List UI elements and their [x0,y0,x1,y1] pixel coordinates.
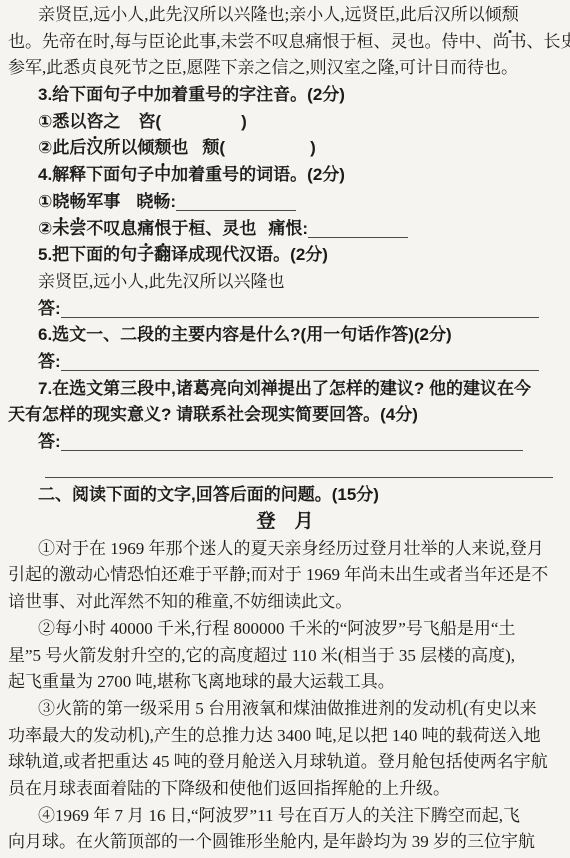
text-run: 向月球。在火箭顶部的一个圆锥形坐舱内, 是年龄均为 39 岁的三位宇航 [8,832,535,851]
q5-sentence: 亲贤臣,远小人,此先汉所以兴隆也 [8,269,562,296]
text-run: 星”5 号火箭发射升空的,它的高度超过 110 米(相当于 35 层楼的高度), [8,646,515,665]
q5-answer: 答: [8,296,562,323]
text-run: 也 [171,138,188,157]
passage2-p4-line-2: 向月球。在火箭顶部的一个圆锥形坐舱内, 是年龄均为 39 岁的三位宇航 [8,829,562,856]
text-run: 6.选文一、二段的主要内容是什么?(用一句话作答)(2分) [38,325,452,344]
text-run: ③火箭的第一级采用 5 台用液氧和煤油做推进剂的发动机(有史以来 [38,699,537,718]
text-run: ) [310,138,316,157]
q4-item-1: ①晓畅军事晓畅: [8,189,562,216]
q3-item-1: ①悉以咨之咨() [8,109,562,136]
passage2-p3-line-1: ③火箭的第一级采用 5 台用液氧和煤油做推进剂的发动机(有史以来 [8,696,562,723]
answer-blank-line [61,301,539,318]
answer-blank-line [61,434,523,451]
passage1-line-2: 也。先帝在时,每与臣论此事,未尝不叹息痛恨于桓、灵也。侍中、尚书、长史、 [8,29,562,56]
text-run: 引起的激动心情恐怕还难于平静;而对于 1969 年尚未出生或者当年还是不 [8,565,548,584]
text-run: ① [38,192,52,211]
question-7-line-1: 7.在选文第三段中,诸葛亮向刘禅提出了怎样的建议? 他的建议在今 [8,376,562,403]
answer-blank-line [308,221,408,238]
passage2-p1-line-2: 引起的激动心情恐怕还难于平静;而对于 1969 年尚未出生或者当年还是不 [8,562,562,589]
reading-title: 登 月 [8,509,562,536]
q7-answer-continuation [45,456,562,483]
answer-blank-line [61,354,539,371]
question-7-line-2: 天有怎样的现实意义? 请联系社会现实简要回答。(4分) [8,402,562,429]
text-run: 球轨道,或者把重达 45 吨的登月舱送入月球轨道。登月舱包括使两名宇航 [8,752,548,771]
q3-item-2: ②此后汉所以倾颓也颓() [8,135,562,162]
emphasized-char: 畅 [69,189,86,216]
passage2-p2-line-3: 起飞重量为 2700 吨,堪称飞离地球的最大运载工具。 [8,669,562,696]
text-run: 颓( [202,138,225,157]
text-run: 军事 [86,192,120,211]
text-run: 答: [38,432,61,451]
passage2-p1-line-3: 谙世事、对此浑然不知的稚童,不妨细读此文。 [8,589,562,616]
text-run: 痛恨: [268,219,308,238]
emphasized-char: 痛 [137,216,154,243]
q4-item-2: ②未尝不叹息痛恨于桓、灵也痛恨: [8,216,562,243]
emphasized-char: 颓 [502,2,519,29]
text-run: ) [241,112,247,131]
text-run: 员在月球表面着陆的下降级和使他们返回指挥舱的上升级。 [8,779,450,798]
text-run: 也。先帝在时,每与臣论此事,未尝不叹息痛恨于桓、灵也。侍中、尚书、长史、 [8,32,570,51]
text-run: 晓畅: [136,192,176,211]
text-run: 于桓、灵也 [171,219,256,238]
question-3: 3.给下面句子中加着重号的字注音。(2分) [8,82,562,109]
text-run: 4.解释下面句子中加着重号的词语。(2分) [38,165,345,184]
passage2-p3-line-3: 球轨道,或者把重达 45 吨的登月舱送入月球轨道。登月舱包括使两名宇航 [8,749,562,776]
text-run: 答: [38,299,61,318]
passage2-p2-line-2: 星”5 号火箭发射升空的,它的高度超过 110 米(相当于 35 层楼的高度), [8,643,562,670]
passage1-line-3: 参军,此悉贞良死节之臣,愿陛下亲之信之,则汉室之隆,可计日而待也。 [8,55,562,82]
text-run: 5.把下面的句子翻译成现代汉语。(2分) [38,245,328,264]
passage2-p3-line-2: 功率最大的发动机),产生的总推力达 3400 吨,足以把 140 吨的载荷送入地 [8,723,562,750]
q6-answer: 答: [8,349,562,376]
text-run: ①对于在 1969 年那个迷人的夏天亲身经历过登月壮举的人来说,登月 [38,539,544,558]
passage2-p4-line-1: ④1969 年 7 月 16 日,“阿波罗”11 号在百万人的关注下腾空而起,飞 [8,803,562,830]
emphasized-char: 恨 [154,216,171,243]
passage1-line-1: 亲贤臣,远小人,此先汉所以兴隆也;亲小人,远贤臣,此后汉所以倾颓 [8,2,562,29]
text-run: 天有怎样的现实意义? 请联系社会现实简要回答。(4分) [8,405,418,424]
spacer [225,152,310,153]
text-run: 3.给下面句子中加着重号的字注音。(2分) [38,85,345,104]
section-two-heading: 二、阅读下面的文字,回答后面的问题。(15分) [8,482,562,509]
text-run: ②此后汉所以倾 [38,138,154,157]
text-run: 亲贤臣,远小人,此先汉所以兴隆也 [38,272,285,291]
emphasized-char: 晓 [52,189,69,216]
text-run: 谙世事、对此浑然不知的稚童,不妨细读此文。 [8,592,352,611]
question-4: 4.解释下面句子中加着重号的词语。(2分) [8,162,562,189]
question-5: 5.把下面的句子翻译成现代汉语。(2分) [8,242,562,269]
text-run: 功率最大的发动机),产生的总推力达 3400 吨,足以把 140 吨的载荷送入地 [8,726,541,745]
text-run: 二、阅读下面的文字,回答后面的问题。(15分) [38,485,379,504]
text-run: 咨( [138,112,161,131]
question-6: 6.选文一、二段的主要内容是什么?(用一句话作答)(2分) [8,322,562,349]
passage2-p1-line-1: ①对于在 1969 年那个迷人的夏天亲身经历过登月壮举的人来说,登月 [8,536,562,563]
spacer [161,126,241,127]
passage2-p2-line-1: ②每小时 40000 千米,行程 800000 千米的“阿波罗”号飞船是用“土 [8,616,562,643]
text-run: 参军,此悉贞良死节之臣,愿陛下亲之信之,则汉室之隆,可计日而待也。 [8,58,518,77]
emphasized-char: 颓 [154,135,171,162]
spacer [120,206,136,207]
text-run: 起飞重量为 2700 吨,堪称飞离地球的最大运载工具。 [8,672,395,691]
spacer [188,152,202,153]
exam-page: 亲贤臣,远小人,此先汉所以兴隆也;亲小人,远贤臣,此后汉所以倾颓也。先帝在时,每… [0,0,570,856]
spacer [120,126,138,127]
text-run: ④1969 年 7 月 16 日,“阿波罗”11 号在百万人的关注下腾空而起,飞 [38,806,520,825]
text-run: 答: [38,352,61,371]
q7-answer: 答: [8,429,562,456]
text-run: ②每小时 40000 千米,行程 800000 千米的“阿波罗”号飞船是用“土 [38,619,515,638]
passage2-p3-line-4: 员在月球表面着陆的下降级和使他们返回指挥舱的上升级。 [8,776,562,803]
answer-blank-line [176,194,296,211]
emphasized-char: 咨 [86,109,103,136]
text-run: 亲贤臣,远小人,此先汉所以兴隆也;亲小人,远贤臣,此后汉所以倾 [38,5,502,24]
text-run: 之 [103,112,120,131]
text-run: 7.在选文第三段中,诸葛亮向刘禅提出了怎样的建议? 他的建议在今 [38,379,531,398]
text-run: ②未尝不叹息 [38,219,137,238]
text-run: ①悉以 [38,112,86,131]
spacer [256,233,268,234]
text-run: 登 月 [256,511,313,532]
answer-blank-line [45,461,553,478]
